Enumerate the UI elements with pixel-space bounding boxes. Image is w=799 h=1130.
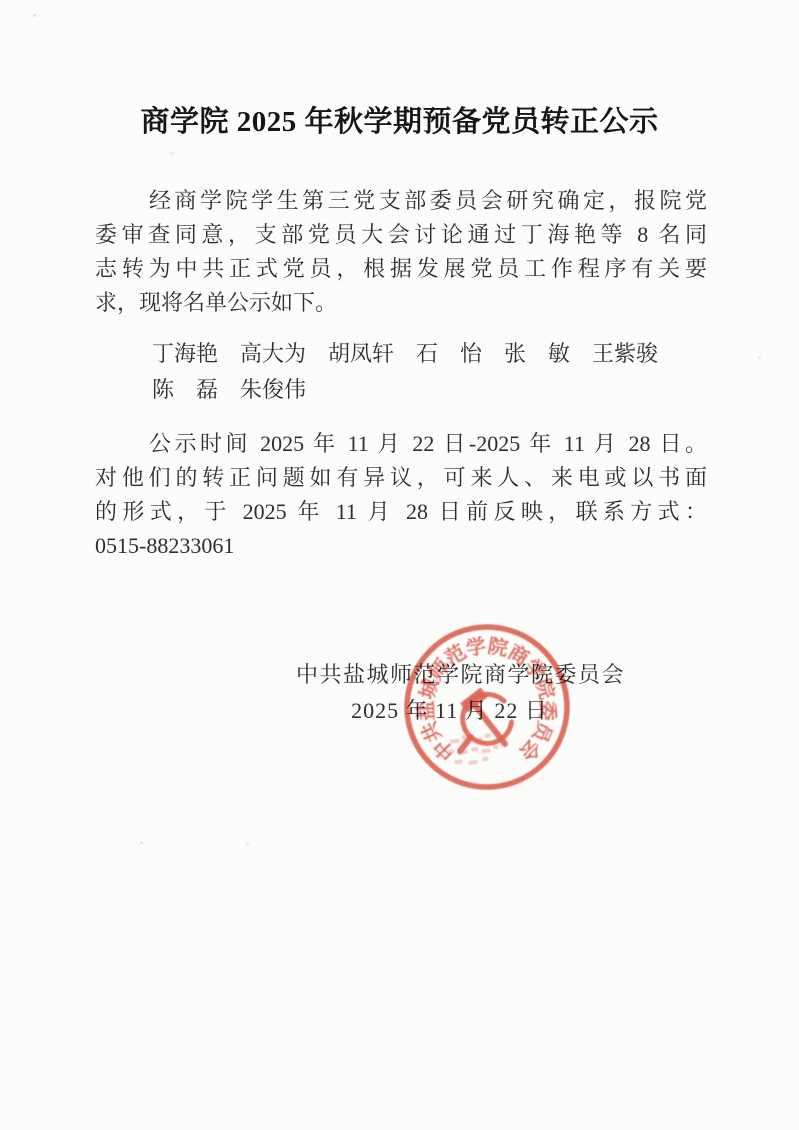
name-list-line: 陈 磊 朱俊伟 — [95, 372, 707, 408]
contact-phone: 0515-88233061 — [95, 529, 707, 563]
intro-line: 委审查同意，支部党员大会讨论通过丁海艳等 8 名同 — [95, 218, 707, 252]
signature-organization: 中共盐城师范学院商学院委员会 — [0, 658, 799, 689]
publicity-line: 的形式，于 2025 年 11 月 28 日前反映，联系方式： — [95, 495, 707, 529]
signature-date: 2025 年 11 月 22 日 — [0, 694, 799, 725]
name-list-line: 丁海艳 高大为 胡凤轩 石 怡 张 敏 王紫骏 — [95, 336, 707, 372]
intro-line: 经商学院学生第三党支部委员会研究确定，报院党 — [95, 184, 707, 218]
svg-text:学: 学 — [464, 633, 488, 660]
intro-line: 求，现将名单公示如下。 — [95, 286, 707, 320]
svg-text:院: 院 — [486, 633, 510, 660]
publicity-paragraph: 公示时间 2025 年 11 月 22 日-2025 年 11 月 28 日。 … — [95, 427, 707, 563]
intro-paragraph: 经商学院学生第三党支部委员会研究确定，报院党 委审查同意，支部党员大会讨论通过丁… — [95, 184, 707, 320]
publicity-line: 公示时间 2025 年 11 月 22 日-2025 年 11 月 28 日。 — [95, 427, 707, 461]
scan-speck — [170, 152, 173, 155]
document-title: 商学院 2025 年秋学期预备党员转正公示 — [0, 104, 799, 140]
svg-text:会: 会 — [515, 735, 546, 766]
intro-line: 志转为中共正式党员，根据发展党员工作程序有关要 — [95, 252, 707, 286]
scan-speck — [140, 841, 143, 844]
member-name-list: 丁海艳 高大为 胡凤轩 石 怡 张 敏 王紫骏 陈 磊 朱俊伟 — [95, 336, 707, 408]
scan-speck — [33, 14, 36, 17]
scan-speck — [758, 356, 761, 359]
scanned-announcement-page: 商学院 2025 年秋学期预备党员转正公示 经商学院学生第三党支部委员会研究确定… — [0, 0, 799, 1130]
seal-code-marks — [447, 732, 500, 767]
scan-speck — [246, 842, 249, 845]
svg-text:中: 中 — [428, 735, 459, 766]
publicity-line: 对他们的转正问题如有异议，可来人、来电或以书面 — [95, 461, 707, 495]
